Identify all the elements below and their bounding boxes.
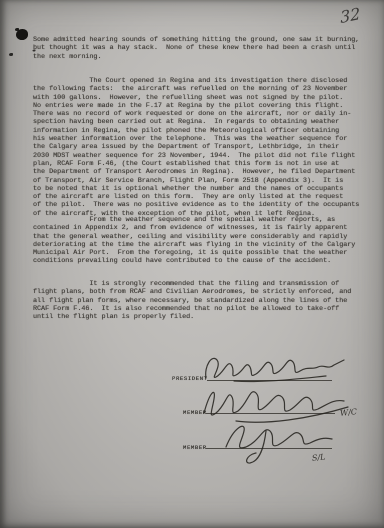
page-number: 32 xyxy=(339,4,360,27)
paragraph-witness-accounts: Some admitted hearing sounds of somethin… xyxy=(33,36,359,61)
paragraph-weather-assessment: From the weather sequence and the specia… xyxy=(33,216,355,266)
ink-blot xyxy=(16,29,28,40)
scanned-report-page: 32 Some admitted hearing sounds of somet… xyxy=(0,0,384,528)
member2-rank-note: S/L xyxy=(312,452,326,462)
paragraph-court-findings: The Court opened in Regina and its inves… xyxy=(33,77,359,218)
paragraph-recommendation: It is strongly recommended that the fili… xyxy=(33,280,351,321)
president-signature xyxy=(200,350,350,386)
member2-label: MEMBER xyxy=(183,444,207,451)
